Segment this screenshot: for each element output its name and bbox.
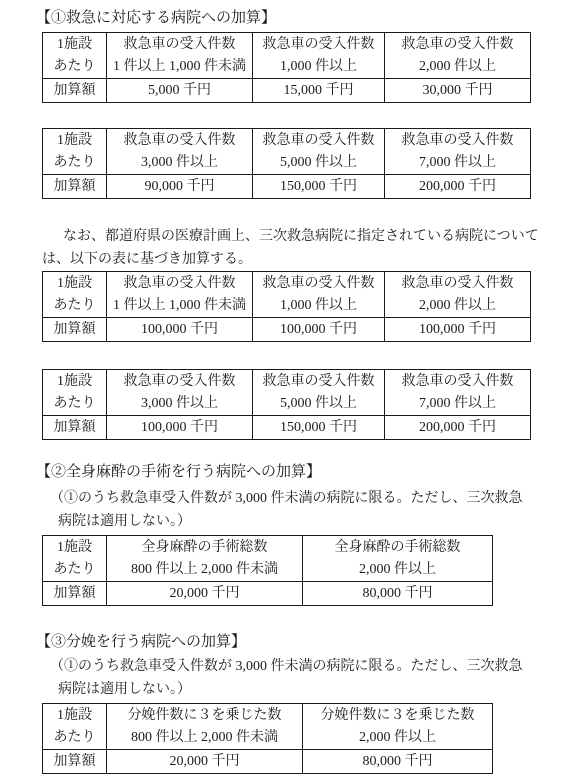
unit-label-line1: 1施設 (43, 130, 106, 152)
tertiary-emergency-table-1: 1施設 あたり 救急車の受入件数 1 件以上 1,000 件未満 救急車の受入件… (42, 271, 531, 342)
criteria-condition: 3,000 件以上 (107, 152, 252, 174)
criteria-title: 全身麻酔の手術総数 (107, 537, 302, 559)
criteria-cell: 救急車の受入件数 1,000 件以上 (253, 33, 385, 79)
amount-label-cell: 加算額 (43, 416, 107, 440)
amount-label-cell: 加算額 (43, 582, 107, 606)
unit-label-line2: あたり (43, 295, 106, 317)
table-amount-row: 加算額 20,000 千円 80,000 千円 (43, 582, 493, 606)
criteria-title: 救急車の受入件数 (253, 130, 384, 152)
unit-cell: 1施設 あたり (43, 33, 107, 79)
criteria-cell: 全身麻酔の手術総数 800 件以上 2,000 件未満 (107, 536, 303, 582)
criteria-condition: 800 件以上 2,000 件未満 (107, 559, 302, 581)
criteria-cell: 救急車の受入件数 2,000 件以上 (385, 33, 531, 79)
anesthesia-surcharge-table: 1施設 あたり 全身麻酔の手術総数 800 件以上 2,000 件未満 全身麻酔… (42, 535, 493, 606)
note-line2: 病院は適用しない。） (58, 510, 570, 533)
criteria-title: 全身麻酔の手術総数 (303, 537, 492, 559)
criteria-condition: 2,000 件以上 (385, 295, 530, 317)
unit-cell: 1施設 あたり (43, 370, 107, 416)
table-amount-row: 加算額 100,000 千円 100,000 千円 100,000 千円 (43, 318, 531, 342)
criteria-cell: 救急車の受入件数 2,000 件以上 (385, 272, 531, 318)
criteria-title: 分娩件数に３を乗じた数 (107, 705, 302, 727)
unit-label-line1: 1施設 (43, 34, 106, 56)
criteria-title: 救急車の受入件数 (107, 273, 252, 295)
criteria-condition: 5,000 件以上 (253, 152, 384, 174)
amount-cell: 80,000 千円 (303, 750, 493, 774)
criteria-title: 救急車の受入件数 (107, 130, 252, 152)
note-line2: は、以下の表に基づき加算する。 (42, 248, 570, 271)
amount-cell: 200,000 千円 (385, 175, 531, 199)
unit-label-line1: 1施設 (43, 371, 106, 393)
amount-cell: 30,000 千円 (385, 79, 531, 103)
table-amount-row: 加算額 20,000 千円 80,000 千円 (43, 750, 493, 774)
criteria-condition: 2,000 件以上 (303, 559, 492, 581)
amount-label-cell: 加算額 (43, 175, 107, 199)
section1-title: 【①救急に対応する病院への加算】 (36, 9, 570, 27)
criteria-condition: 800 件以上 2,000 件未満 (107, 727, 302, 749)
amount-label-cell: 加算額 (43, 79, 107, 103)
criteria-cell: 救急車の受入件数 1 件以上 1,000 件未満 (107, 272, 253, 318)
criteria-condition: 1,000 件以上 (253, 295, 384, 317)
criteria-title: 救急車の受入件数 (253, 34, 384, 56)
criteria-cell: 救急車の受入件数 3,000 件以上 (107, 370, 253, 416)
criteria-title: 救急車の受入件数 (107, 371, 252, 393)
criteria-condition: 5,000 件以上 (253, 393, 384, 415)
unit-label-line1: 1施設 (43, 537, 106, 559)
amount-cell: 100,000 千円 (385, 318, 531, 342)
note-line2: 病院は適用しない。） (58, 678, 570, 701)
criteria-condition: 1 件以上 1,000 件未満 (107, 56, 252, 78)
document-page: 【①救急に対応する病院への加算】 1施設 あたり 救急車の受入件数 1 件以上 … (0, 0, 570, 775)
criteria-condition: 7,000 件以上 (385, 393, 530, 415)
table-amount-row: 加算額 90,000 千円 150,000 千円 200,000 千円 (43, 175, 531, 199)
criteria-title: 救急車の受入件数 (107, 34, 252, 56)
unit-label-line1: 1施設 (43, 705, 106, 727)
amount-cell: 100,000 千円 (253, 318, 385, 342)
unit-label-line1: 1施設 (43, 273, 106, 295)
criteria-condition: 2,000 件以上 (303, 727, 492, 749)
table-header-row: 1施設 あたり 救急車の受入件数 3,000 件以上 救急車の受入件数 5,00… (43, 129, 531, 175)
amount-cell: 100,000 千円 (107, 318, 253, 342)
emergency-surcharge-table-1: 1施設 あたり 救急車の受入件数 1 件以上 1,000 件未満 救急車の受入件… (42, 32, 531, 103)
note-line1: （①のうち救急車受入件数が 3,000 件未満の病院に限る。ただし、三次救急 (50, 655, 570, 678)
criteria-title: 救急車の受入件数 (385, 130, 530, 152)
criteria-title: 救急車の受入件数 (385, 34, 530, 56)
delivery-scope-note: （①のうち救急車受入件数が 3,000 件未満の病院に限る。ただし、三次救急 病… (50, 655, 570, 701)
unit-label-line2: あたり (43, 559, 106, 581)
emergency-surcharge-table-2: 1施設 あたり 救急車の受入件数 3,000 件以上 救急車の受入件数 5,00… (42, 128, 531, 199)
criteria-condition: 3,000 件以上 (107, 393, 252, 415)
criteria-title: 救急車の受入件数 (253, 273, 384, 295)
amount-cell: 150,000 千円 (253, 416, 385, 440)
criteria-cell: 救急車の受入件数 7,000 件以上 (385, 370, 531, 416)
amount-cell: 15,000 千円 (253, 79, 385, 103)
tertiary-emergency-note: なお、都道府県の医療計画上、三次救急病院に指定されている病院について は、以下の… (42, 225, 570, 271)
amount-cell: 80,000 千円 (303, 582, 493, 606)
table-header-row: 1施設 あたり 救急車の受入件数 1 件以上 1,000 件未満 救急車の受入件… (43, 33, 531, 79)
amount-label-cell: 加算額 (43, 318, 107, 342)
criteria-condition: 1 件以上 1,000 件未満 (107, 295, 252, 317)
criteria-cell: 救急車の受入件数 7,000 件以上 (385, 129, 531, 175)
table-amount-row: 加算額 5,000 千円 15,000 千円 30,000 千円 (43, 79, 531, 103)
table-header-row: 1施設 あたり 救急車の受入件数 3,000 件以上 救急車の受入件数 5,00… (43, 370, 531, 416)
unit-label-line2: あたり (43, 727, 106, 749)
delivery-surcharge-table: 1施設 あたり 分娩件数に３を乗じた数 800 件以上 2,000 件未満 分娩… (42, 703, 493, 774)
criteria-cell: 救急車の受入件数 5,000 件以上 (253, 129, 385, 175)
amount-cell: 150,000 千円 (253, 175, 385, 199)
table-header-row: 1施設 あたり 全身麻酔の手術総数 800 件以上 2,000 件未満 全身麻酔… (43, 536, 493, 582)
criteria-cell: 救急車の受入件数 1,000 件以上 (253, 272, 385, 318)
criteria-title: 救急車の受入件数 (385, 371, 530, 393)
note-line1: （①のうち救急車受入件数が 3,000 件未満の病院に限る。ただし、三次救急 (50, 487, 570, 510)
unit-label-line2: あたり (43, 393, 106, 415)
unit-cell: 1施設 あたり (43, 704, 107, 750)
table-header-row: 1施設 あたり 救急車の受入件数 1 件以上 1,000 件未満 救急車の受入件… (43, 272, 531, 318)
unit-cell: 1施設 あたり (43, 536, 107, 582)
table-amount-row: 加算額 100,000 千円 150,000 千円 200,000 千円 (43, 416, 531, 440)
note-line1: なお、都道府県の医療計画上、三次救急病院に指定されている病院について (42, 225, 570, 248)
amount-cell: 5,000 千円 (107, 79, 253, 103)
criteria-cell: 分娩件数に３を乗じた数 2,000 件以上 (303, 704, 493, 750)
unit-label-line2: あたり (43, 56, 106, 78)
criteria-cell: 救急車の受入件数 5,000 件以上 (253, 370, 385, 416)
amount-cell: 90,000 千円 (107, 175, 253, 199)
criteria-cell: 分娩件数に３を乗じた数 800 件以上 2,000 件未満 (107, 704, 303, 750)
criteria-cell: 救急車の受入件数 1 件以上 1,000 件未満 (107, 33, 253, 79)
criteria-condition: 2,000 件以上 (385, 56, 530, 78)
amount-cell: 20,000 千円 (107, 750, 303, 774)
tertiary-emergency-table-2: 1施設 あたり 救急車の受入件数 3,000 件以上 救急車の受入件数 5,00… (42, 369, 531, 440)
amount-cell: 200,000 千円 (385, 416, 531, 440)
unit-cell: 1施設 あたり (43, 272, 107, 318)
unit-cell: 1施設 あたり (43, 129, 107, 175)
criteria-title: 救急車の受入件数 (385, 273, 530, 295)
criteria-condition: 7,000 件以上 (385, 152, 530, 174)
anesthesia-scope-note: （①のうち救急車受入件数が 3,000 件未満の病院に限る。ただし、三次救急 病… (50, 487, 570, 533)
amount-cell: 100,000 千円 (107, 416, 253, 440)
criteria-cell: 救急車の受入件数 3,000 件以上 (107, 129, 253, 175)
section2-title: 【②全身麻酔の手術を行う病院への加算】 (36, 463, 570, 481)
criteria-condition: 1,000 件以上 (253, 56, 384, 78)
criteria-title: 救急車の受入件数 (253, 371, 384, 393)
section3-title: 【③分娩を行う病院への加算】 (36, 633, 570, 651)
amount-label-cell: 加算額 (43, 750, 107, 774)
criteria-cell: 全身麻酔の手術総数 2,000 件以上 (303, 536, 493, 582)
unit-label-line2: あたり (43, 152, 106, 174)
criteria-title: 分娩件数に３を乗じた数 (303, 705, 492, 727)
amount-cell: 20,000 千円 (107, 582, 303, 606)
table-header-row: 1施設 あたり 分娩件数に３を乗じた数 800 件以上 2,000 件未満 分娩… (43, 704, 493, 750)
